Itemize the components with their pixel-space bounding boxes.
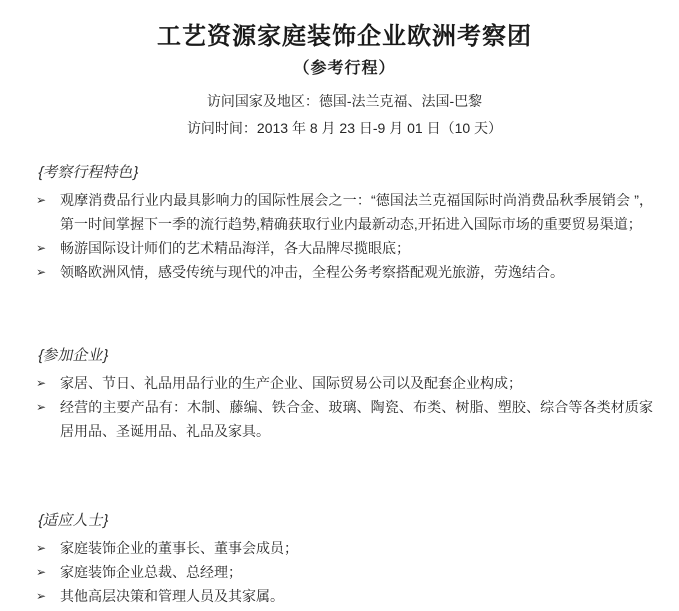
visit-destinations-line: 访问国家及地区：德国-法兰克福、法国-巴黎 <box>36 91 653 111</box>
section-heading-row: {参加企业} <box>36 345 653 367</box>
page-title: 工艺资源家庭装饰企业欧洲考察团 <box>36 22 653 52</box>
participating-companies-list: ➢ 家居、节日、礼品用品行业的生产企业、国际贸易公司以及配套企业构成； ➢ 经营… <box>36 371 653 443</box>
section-tour-features: {考察行程特色} ➢ 观摩消费品行业内最具影响力的国际性展会之一：“德国法兰克福… <box>36 162 653 284</box>
list-item-text: 经营的主要产品有：木制、藤编、铁合金、玻璃、陶瓷、布类、树脂、塑胶、综合等各类材… <box>60 395 653 443</box>
list-item-text: 其他高层决策和管理人员及其家属。 <box>60 584 653 608</box>
list-item: ➢ 畅游国际设计师们的艺术精品海洋，各大品牌尽揽眼底； <box>36 236 653 260</box>
section-target-audience: {适应人士} ➢ 家庭装饰企业的董事长、董事会成员； ➢ 家庭装饰企业总裁、总经… <box>36 510 653 608</box>
section-target-audience-heading: {适应人士} <box>36 510 111 532</box>
list-item: ➢ 家庭装饰企业的董事长、董事会成员； <box>36 536 653 560</box>
list-item-text: 家庭装饰企业的董事长、董事会成员； <box>60 536 653 560</box>
section-participating-companies: {参加企业} ➢ 家居、节日、礼品用品行业的生产企业、国际贸易公司以及配套企业构… <box>36 345 653 443</box>
arrow-bullet-icon: ➢ <box>36 395 60 419</box>
arrow-bullet-icon: ➢ <box>36 560 60 584</box>
list-item-text: 畅游国际设计师们的艺术精品海洋，各大品牌尽揽眼底； <box>60 236 653 260</box>
list-item: ➢ 领略欧洲风情，感受传统与现代的冲击，全程公务考察搭配观光旅游，劳逸结合。 <box>36 260 653 284</box>
visit-dates-line: 访问时间：2013 年 8 月 23 日-9 月 01 日（10 天） <box>36 118 653 138</box>
list-item: ➢ 经营的主要产品有：木制、藤编、铁合金、玻璃、陶瓷、布类、树脂、塑胶、综合等各… <box>36 395 653 443</box>
page-subtitle: （参考行程） <box>36 57 653 81</box>
list-item: ➢ 其他高层决策和管理人员及其家属。 <box>36 584 653 608</box>
arrow-bullet-icon: ➢ <box>36 584 60 608</box>
target-audience-list: ➢ 家庭装饰企业的董事长、董事会成员； ➢ 家庭装饰企业总裁、总经理； ➢ 其他… <box>36 536 653 608</box>
tour-features-list: ➢ 观摩消费品行业内最具影响力的国际性展会之一：“德国法兰克福国际时尚消费品秋季… <box>36 188 653 284</box>
section-heading-row: {考察行程特色} <box>36 162 653 184</box>
list-item-text: 领略欧洲风情，感受传统与现代的冲击，全程公务考察搭配观光旅游，劳逸结合。 <box>60 260 653 284</box>
list-item: ➢ 观摩消费品行业内最具影响力的国际性展会之一：“德国法兰克福国际时尚消费品秋季… <box>36 188 653 236</box>
section-tour-features-heading: {考察行程特色} <box>36 162 141 184</box>
list-item: ➢ 家庭装饰企业总裁、总经理； <box>36 560 653 584</box>
arrow-bullet-icon: ➢ <box>36 371 60 395</box>
section-heading-row: {适应人士} <box>36 510 653 532</box>
arrow-bullet-icon: ➢ <box>36 536 60 560</box>
section-participating-companies-heading: {参加企业} <box>36 345 111 367</box>
arrow-bullet-icon: ➢ <box>36 260 60 284</box>
list-item-text: 观摩消费品行业内最具影响力的国际性展会之一：“德国法兰克福国际时尚消费品秋季展销… <box>60 188 653 236</box>
document-page: 工艺资源家庭装饰企业欧洲考察团 （参考行程） 访问国家及地区：德国-法兰克福、法… <box>0 0 679 611</box>
list-item: ➢ 家居、节日、礼品用品行业的生产企业、国际贸易公司以及配套企业构成； <box>36 371 653 395</box>
list-item-text: 家庭装饰企业总裁、总经理； <box>60 560 653 584</box>
arrow-bullet-icon: ➢ <box>36 236 60 260</box>
arrow-bullet-icon: ➢ <box>36 188 60 212</box>
list-item-text: 家居、节日、礼品用品行业的生产企业、国际贸易公司以及配套企业构成； <box>60 371 653 395</box>
